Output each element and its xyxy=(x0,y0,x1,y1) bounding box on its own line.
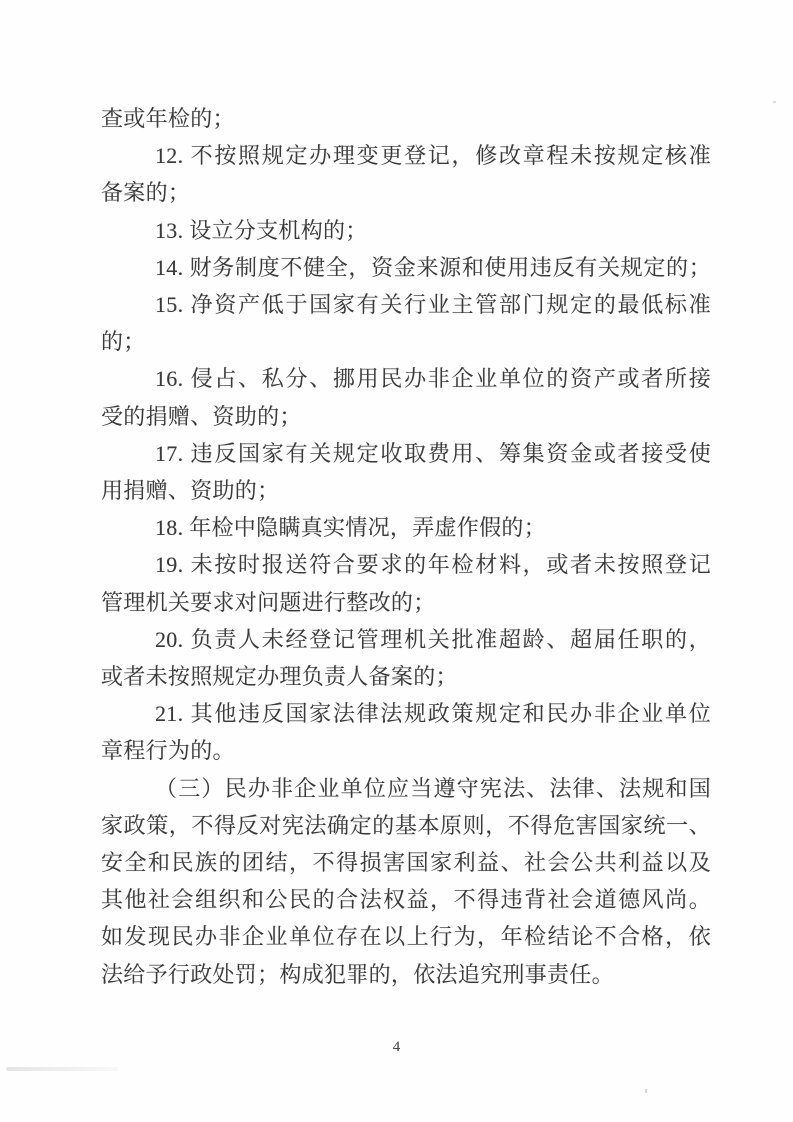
text-line: 安全和民族的团结，不得损害国家利益、社会公共利益以及 xyxy=(101,844,711,881)
text-line: 20. 负责人未经登记管理机关批准超龄、超届任职的， xyxy=(101,621,711,658)
scan-artifact-speck xyxy=(773,101,776,103)
text-line: 章程行为的。 xyxy=(101,732,711,769)
document-body: 查或年检的；12. 不按照规定办理变更登记，修改章程未按规定核准备案的；13. … xyxy=(101,100,711,993)
text-line: 15. 净资产低于国家有关行业主管部门规定的最低标准 xyxy=(101,286,711,323)
text-line: 查或年检的； xyxy=(101,100,711,137)
text-line: 14. 财务制度不健全，资金来源和使用违反有关规定的； xyxy=(101,249,711,286)
text-line: 用捐赠、资助的； xyxy=(101,472,711,509)
text-line: 或者未按照规定办理负责人备案的； xyxy=(101,658,711,695)
text-line: 管理机关要求对问题进行整改的； xyxy=(101,584,711,621)
text-line: 18. 年检中隐瞒真实情况，弄虚作假的； xyxy=(101,509,711,546)
scan-artifact-smudge xyxy=(6,1067,118,1071)
text-line: 的； xyxy=(101,323,711,360)
text-line: 家政策，不得反对宪法确定的基本原则，不得危害国家统一、 xyxy=(101,807,711,844)
text-line: 受的捐赠、资助的； xyxy=(101,398,711,435)
text-line: 21. 其他违反国家法律法规政策规定和民办非企业单位 xyxy=(101,695,711,732)
text-line: 12. 不按照规定办理变更登记，修改章程未按规定核准 xyxy=(101,137,711,174)
text-line: 16. 侵占、私分、挪用民办非企业单位的资产或者所接 xyxy=(101,360,711,397)
text-line: 其他社会组织和公民的合法权益，不得违背社会道德风尚。 xyxy=(101,881,711,918)
text-line: （三）民办非企业单位应当遵守宪法、法律、法规和国 xyxy=(101,770,711,807)
text-line: 法给予行政处罚；构成犯罪的，依法追究刑事责任。 xyxy=(101,956,711,993)
scan-artifact-speck xyxy=(645,1089,647,1093)
text-line: 17. 违反国家有关规定收取费用、筹集资金或者接受使 xyxy=(101,435,711,472)
document-page: 查或年检的；12. 不按照规定办理变更登记，修改章程未按规定核准备案的；13. … xyxy=(0,0,793,1122)
text-line: 如发现民办非企业单位存在以上行为，年检结论不合格，依 xyxy=(101,918,711,955)
page-number: 4 xyxy=(0,1039,793,1056)
text-line: 13. 设立分支机构的； xyxy=(101,212,711,249)
text-line: 备案的； xyxy=(101,174,711,211)
text-line: 19. 未按时报送符合要求的年检材料，或者未按照登记 xyxy=(101,546,711,583)
